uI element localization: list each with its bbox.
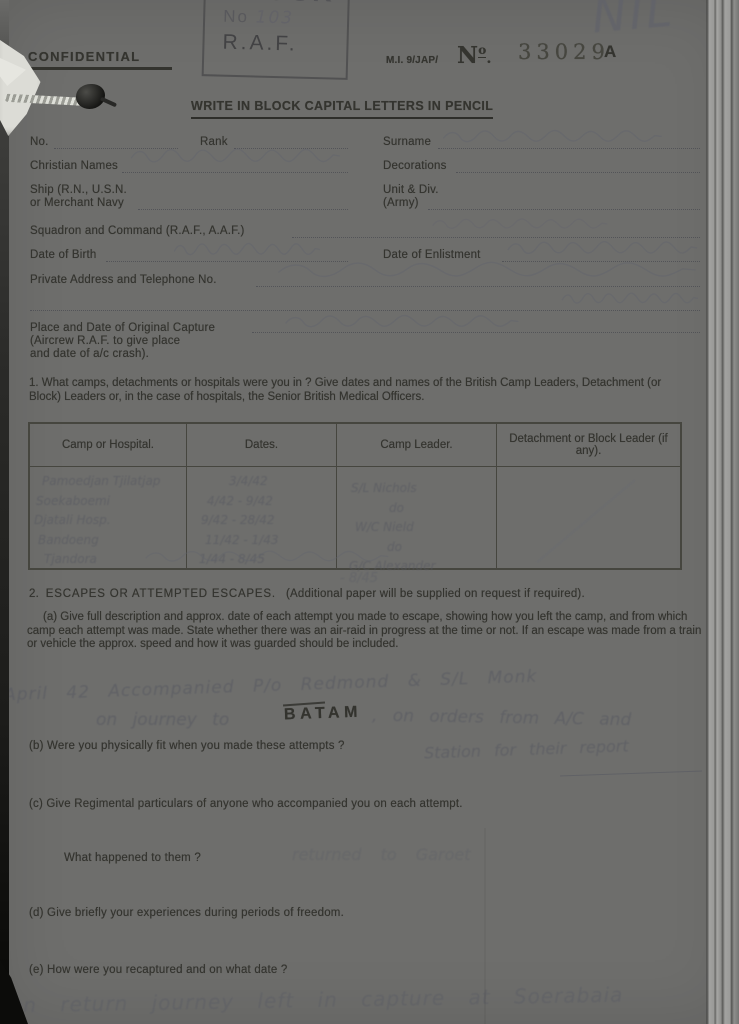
field-label-capture-2: (Aircrew R.A.F. to give place [30, 335, 180, 348]
stamp-line-number: No 103 [223, 7, 347, 30]
field-label-unit-2: (Army) [383, 197, 419, 210]
field-label-decorations: Decorations [383, 160, 447, 173]
stamp-number-pencil: 103 [255, 7, 294, 28]
pencil-scribble-date-of-birth [172, 240, 322, 259]
field-label-squadron: Squadron and Command (R.A.F., A.A.F.) [30, 225, 245, 238]
serial-no-n: N [457, 42, 478, 69]
recapture-handwriting: on return journey left in capture at Soe… [10, 983, 624, 1018]
journey-handwriting-suffix: , on orders from A/C and [372, 706, 632, 731]
escape-handwriting-line-1: April 42 Accompanied P/o Redmond & S/L M… [4, 667, 538, 706]
col-header-leader: Camp Leader. [337, 424, 497, 466]
col-header-dates: Dates. [187, 424, 337, 466]
camp-entry: Soekaboemi [36, 492, 186, 512]
camps-table-header-row: Camp or Hospital. Dates. Camp Leader. De… [30, 424, 680, 467]
pencil-scribble-squadron [430, 216, 610, 232]
question-2c-text: (c) Give Regimental particulars of anyon… [29, 798, 463, 811]
field-label-ship-2: or Merchant Navy [30, 197, 124, 210]
field-label-capture-3: and date of a/c crash). [30, 348, 149, 361]
field-line-address [256, 286, 700, 287]
instruction-heading: WRITE IN BLOCK CAPITAL LETTERS IN PENCIL [191, 100, 493, 119]
leader-entry: do [389, 499, 496, 519]
pencil-scribble-table-overflow [142, 548, 392, 565]
field-line-decorations [456, 172, 700, 173]
field-label-no: No. [30, 136, 49, 149]
question-2d-text: (d) Give briefly your experiences during… [29, 907, 344, 920]
page-stack-edge [706, 0, 739, 1024]
paper-crease [484, 828, 486, 1024]
form-page: BLOCK No 103 R.A.F. CONFIDENTIAL M.I. 9/… [0, 0, 739, 1024]
field-label-unit-1: Unit & Div. [383, 184, 439, 197]
station-handwriting: Station for their report [424, 736, 629, 762]
photo-left-edge [0, 0, 9, 1024]
question-1-text: 1. What camps, detachments or hospitals … [29, 377, 687, 404]
what-happened-handwriting: returned to Garoet [292, 845, 470, 864]
leader-entry: do [387, 538, 496, 558]
field-label-address: Private Address and Telephone No. [30, 274, 217, 287]
camp-entry: Djatali Hosp. [34, 511, 186, 531]
scanned-pow-form-photo: BLOCK No 103 R.A.F. CONFIDENTIAL M.I. 9/… [0, 0, 739, 1024]
section-2-number: 2. [29, 588, 39, 600]
field-label-date-of-birth: Date of Birth [30, 249, 97, 262]
pencil-scribble-capture [282, 312, 522, 331]
camp-entry: Pamoedjan Tjilatjap [42, 472, 186, 492]
cell-block-leaders [497, 467, 680, 569]
col-header-camp: Camp or Hospital. [30, 424, 187, 466]
stamp-no-label: No [223, 7, 249, 27]
question-2a-text: (a) Give full description and approx. da… [27, 611, 703, 652]
field-label-christian-names: Christian Names [30, 160, 118, 173]
dates-entry: 3/4/42 [229, 472, 336, 492]
question-2e-text: (e) How were you recaptured and on what … [29, 964, 288, 977]
batam-block-capitals: BATAM [284, 706, 362, 722]
station-underline [560, 771, 702, 777]
copy-letter: A [604, 45, 616, 58]
section-2-note: (Additional paper will be supplied on re… [286, 588, 585, 600]
serial-no-word: No. [457, 44, 492, 66]
serial-number: 33029 [518, 46, 610, 59]
pencil-slash [536, 479, 635, 562]
section-2-heading-line: 2. ESCAPES OR ATTEMPTED ESCAPES. (Additi… [29, 588, 585, 601]
field-line-unit [428, 209, 700, 210]
classification-label: CONFIDENTIAL [28, 50, 140, 63]
pencil-scribble-christian-names [128, 145, 343, 167]
field-line-surname [438, 148, 700, 149]
pencil-scribble-date-of-enlistment [505, 238, 700, 258]
serial-no-dot: . [486, 51, 491, 67]
dates-entry: 4/42 - 9/42 [207, 492, 336, 512]
field-line-ship [138, 209, 348, 210]
field-label-ship-1: Ship (R.N., U.S.N. [30, 184, 127, 197]
form-code-label: M.I. 9/JAP/ [386, 54, 438, 67]
block-raf-stamp: BLOCK No 103 R.A.F. [202, 0, 351, 80]
overflow-dates-handwriting: - 8/45 [340, 571, 378, 586]
leader-entry: W/C Nield [355, 518, 496, 538]
dates-entry: 9/42 - 28/42 [201, 511, 336, 531]
pencil-scribble-address [272, 258, 702, 282]
leader-entry: S/L Nichols [351, 479, 496, 499]
journey-handwriting-prefix: on journey to [96, 710, 229, 730]
field-line-address-2 [30, 310, 700, 311]
classification-underline [22, 67, 172, 70]
pencil-scribble-surname [440, 127, 665, 146]
field-label-surname: Surname [383, 136, 431, 149]
field-line-christian-names [122, 172, 348, 173]
stamp-line-raf: R.A.F. [222, 31, 347, 58]
section-2-heading: ESCAPES OR ATTEMPTED ESCAPES. [46, 588, 276, 600]
col-header-block-leader: Detachment or Block Leader (if any). [497, 424, 680, 466]
question-2b-text: (b) Were you physically fit when you mad… [29, 740, 345, 753]
field-line-capture [252, 332, 700, 333]
field-label-capture-1: Place and Date of Original Capture [30, 322, 215, 335]
nil-handwriting: NIL [590, 0, 677, 43]
what-happened-text: What happened to them ? [64, 852, 201, 865]
pencil-scribble-address-2 [560, 290, 700, 307]
